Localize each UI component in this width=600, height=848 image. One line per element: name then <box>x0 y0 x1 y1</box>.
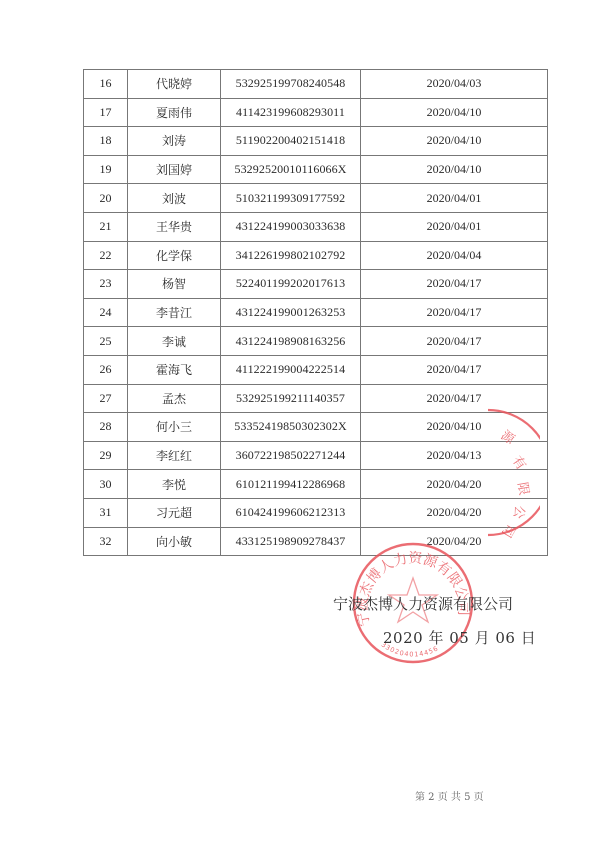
entry-date: 2020/04/17 <box>361 355 548 384</box>
employee-name: 李悦 <box>128 470 221 499</box>
entry-date: 2020/04/10 <box>361 127 548 156</box>
id-number: 53292520010116066X <box>221 155 361 184</box>
employee-name: 王华贵 <box>128 212 221 241</box>
row-number: 29 <box>84 441 128 470</box>
id-number: 431224199001263253 <box>221 298 361 327</box>
entry-date: 2020/04/20 <box>361 498 548 527</box>
document-page: 16代晓婷5329251997082405482020/04/0317夏雨伟41… <box>0 0 600 848</box>
table-row: 23杨智5224011992020176132020/04/17 <box>84 270 548 299</box>
employee-name: 向小敏 <box>128 527 221 556</box>
row-number: 32 <box>84 527 128 556</box>
entry-date: 2020/04/17 <box>361 270 548 299</box>
entry-date: 2020/04/17 <box>361 327 548 356</box>
employee-name: 夏雨伟 <box>128 98 221 127</box>
table-row: 25李诚4312241989081632562020/04/17 <box>84 327 548 356</box>
entry-date: 2020/04/13 <box>361 441 548 470</box>
id-number: 511902200402151418 <box>221 127 361 156</box>
row-number: 25 <box>84 327 128 356</box>
svg-text:宁波杰博人力资源有限公司: 宁波杰博人力资源有限公司 <box>355 550 471 628</box>
row-number: 24 <box>84 298 128 327</box>
row-number: 22 <box>84 241 128 270</box>
id-number: 341226199802102792 <box>221 241 361 270</box>
row-number: 30 <box>84 470 128 499</box>
entry-date: 2020/04/10 <box>361 155 548 184</box>
entry-date: 2020/04/17 <box>361 298 548 327</box>
id-number: 411222199004222514 <box>221 355 361 384</box>
table-row: 21王华贵4312241990030336382020/04/01 <box>84 212 548 241</box>
table-row: 24李昔江4312241990012632532020/04/17 <box>84 298 548 327</box>
id-number: 433125198909278437 <box>221 527 361 556</box>
entry-date: 2020/04/20 <box>361 470 548 499</box>
entry-date: 2020/04/04 <box>361 241 548 270</box>
id-number: 610121199412286968 <box>221 470 361 499</box>
table-row: 27孟杰5329251992111403572020/04/17 <box>84 384 548 413</box>
entry-date: 2020/04/17 <box>361 384 548 413</box>
id-number: 431224199003033638 <box>221 212 361 241</box>
company-signature: 宁波杰博人力资源有限公司 <box>333 593 513 614</box>
entry-date: 2020/04/10 <box>361 98 548 127</box>
row-number: 16 <box>84 70 128 99</box>
signature-date: 2020 年 05 月 06 日 <box>383 627 536 648</box>
table-row: 28何小三53352419850302302X2020/04/10 <box>84 413 548 442</box>
employee-name: 刘涛 <box>128 127 221 156</box>
employee-name: 李红红 <box>128 441 221 470</box>
employee-name: 刘波 <box>128 184 221 213</box>
employee-name: 何小三 <box>128 413 221 442</box>
row-number: 17 <box>84 98 128 127</box>
id-number: 532925199211140357 <box>221 384 361 413</box>
employee-name: 李昔江 <box>128 298 221 327</box>
employee-name: 化学保 <box>128 241 221 270</box>
row-number: 26 <box>84 355 128 384</box>
table-row: 32向小敏4331251989092784372020/04/20 <box>84 527 548 556</box>
employee-name: 霍海飞 <box>128 355 221 384</box>
table-row: 17夏雨伟4114231996082930112020/04/10 <box>84 98 548 127</box>
id-number: 610424199606212313 <box>221 498 361 527</box>
table-row: 18刘涛5119022004021514182020/04/10 <box>84 127 548 156</box>
employee-name: 刘国婷 <box>128 155 221 184</box>
row-number: 18 <box>84 127 128 156</box>
employee-name: 代晓婷 <box>128 70 221 99</box>
table-row: 31习元超6104241996062123132020/04/20 <box>84 498 548 527</box>
employee-table: 16代晓婷5329251997082405482020/04/0317夏雨伟41… <box>83 69 548 556</box>
row-number: 20 <box>84 184 128 213</box>
table-row: 26霍海飞4112221990042225142020/04/17 <box>84 355 548 384</box>
employee-name: 李诚 <box>128 327 221 356</box>
id-number: 510321199309177592 <box>221 184 361 213</box>
entry-date: 2020/04/01 <box>361 184 548 213</box>
id-number: 431224198908163256 <box>221 327 361 356</box>
id-number: 522401199202017613 <box>221 270 361 299</box>
row-number: 28 <box>84 413 128 442</box>
table-row: 19刘国婷53292520010116066X2020/04/10 <box>84 155 548 184</box>
entry-date: 2020/04/01 <box>361 212 548 241</box>
table-row: 20刘波5103211993091775922020/04/01 <box>84 184 548 213</box>
table-row: 16代晓婷5329251997082405482020/04/03 <box>84 70 548 99</box>
row-number: 27 <box>84 384 128 413</box>
entry-date: 2020/04/03 <box>361 70 548 99</box>
id-number: 360722198502271244 <box>221 441 361 470</box>
employee-name: 孟杰 <box>128 384 221 413</box>
employee-name: 杨智 <box>128 270 221 299</box>
entry-date: 2020/04/10 <box>361 413 548 442</box>
row-number: 31 <box>84 498 128 527</box>
table-row: 22化学保3412261998021027922020/04/04 <box>84 241 548 270</box>
row-number: 19 <box>84 155 128 184</box>
row-number: 23 <box>84 270 128 299</box>
page-number: 第 2 页 共 5 页 <box>415 788 484 803</box>
entry-date: 2020/04/20 <box>361 527 548 556</box>
id-number: 411423199608293011 <box>221 98 361 127</box>
id-number: 532925199708240548 <box>221 70 361 99</box>
table-row: 30李悦6101211994122869682020/04/20 <box>84 470 548 499</box>
employee-name: 习元超 <box>128 498 221 527</box>
id-number: 53352419850302302X <box>221 413 361 442</box>
row-number: 21 <box>84 212 128 241</box>
table-row: 29李红红3607221985022712442020/04/13 <box>84 441 548 470</box>
